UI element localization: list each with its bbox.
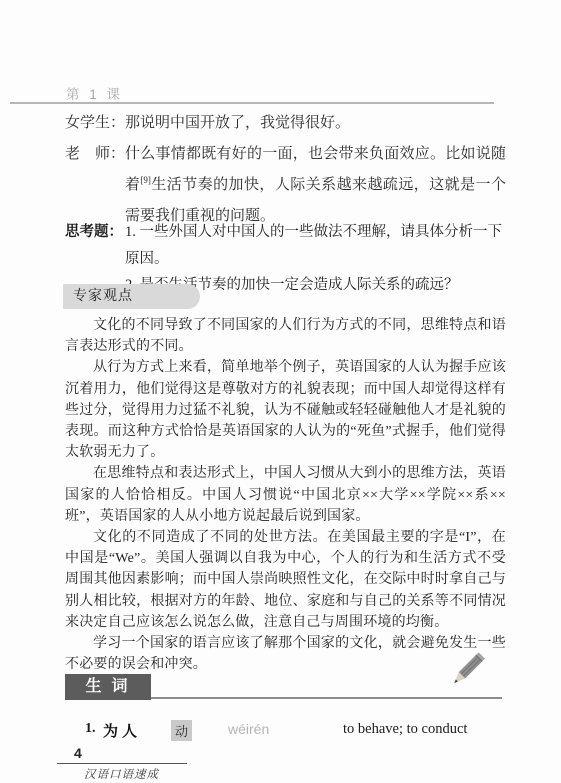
expert-view-body: 文化的不同导致了不同国家的人们行为方式的不同，思维特点和语言表达形式的不同。 从… (65, 315, 506, 675)
book-title: 汉语口语速成 (84, 766, 159, 782)
vocab-translation: to behave; to conduct (343, 721, 467, 738)
expert-paragraph-5: 学习一个国家的语言应该了解那个国家的文化，就会避免发生一些不必要的误会和冲突。 (65, 633, 506, 675)
new-words-heading: 生 词 (65, 674, 151, 700)
vocab-word: 为人 (103, 720, 141, 741)
expert-paragraph-4: 文化的不同造成了不同的处世方法。在美国最主要的字是“I”，在中国是“We”。美国… (65, 527, 506, 633)
lesson-label: 第 1 课 (66, 83, 123, 103)
expert-paragraph-2: 从行为方式上来看，简单地举个例子，英语国家的人认为握手应该沉着用力，他们觉得这是… (65, 357, 506, 463)
dialogue-section: 女学生： 那说明中国开放了，我觉得很好。 老 师： 什么事情都既有好的一面，也会… (65, 108, 506, 232)
page-number: 4 (74, 745, 82, 761)
vocab-entry: 1. 为人 动 wéirén to behave; to conduct (85, 720, 515, 742)
vocab-number: 1. (85, 721, 96, 737)
utterance-student: 那说明中国开放了，我觉得很好。 (125, 108, 506, 139)
expert-paragraph-1: 文化的不同导致了不同国家的人们行为方式的不同，思维特点和语言表达形式的不同。 (65, 315, 506, 357)
expert-view-badge: 专家观点 (63, 284, 200, 309)
question-item-1: 1. 一些外国人对中国人的一些做法不理解，请具体分析一下原因。 (125, 219, 506, 272)
textbook-page: 第 1 课 女学生： 那说明中国开放了，我觉得很好。 老 师： 什么事情都既有好… (0, 0, 561, 783)
footer-rule (57, 763, 187, 764)
footnote-marker: [9] (140, 175, 151, 185)
vocab-pinyin: wéirén (228, 721, 269, 737)
header-rule (10, 102, 494, 104)
utterance-teacher-text-continued: 生活节奏的加快，人际关系越来越疏远，这就是一个需要我们重视的问题。 (125, 177, 506, 224)
expert-paragraph-3: 在思维特点和表达形式上，中国人习惯从大到小的思维方法，英语国家的人恰恰相反。中国… (65, 463, 506, 527)
dialogue-line-student: 女学生： 那说明中国开放了，我觉得很好。 (65, 108, 506, 139)
vocab-pos-badge: 动 (171, 720, 192, 741)
pencil-icon (442, 648, 494, 700)
speaker-student: 女学生： (65, 108, 125, 139)
utterance-student-text: 那说明中国开放了，我觉得很好。 (125, 115, 350, 131)
